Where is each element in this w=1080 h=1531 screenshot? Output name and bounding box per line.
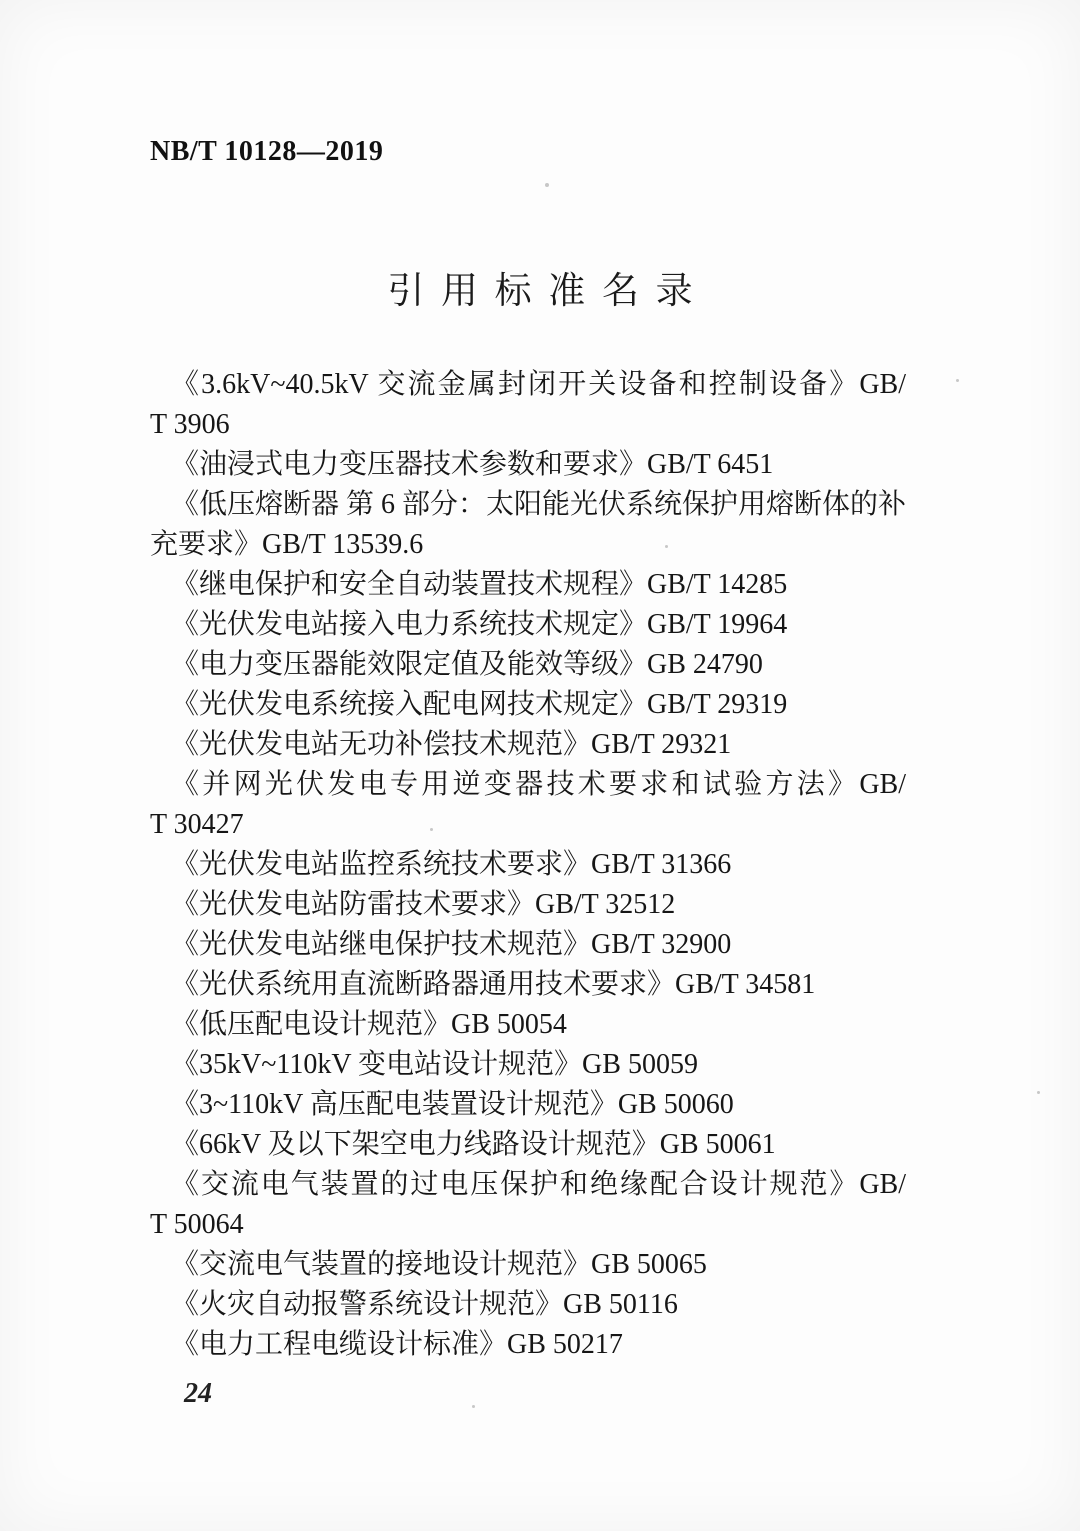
standard-line: 《3~110kV 高压配电装置设计规范》GB 50060 <box>150 1085 906 1125</box>
scan-speck <box>1037 1091 1040 1094</box>
scan-speck <box>472 1405 475 1408</box>
standard-line: 《并网光伏发电专用逆变器技术要求和试验方法》GB/ <box>150 765 906 805</box>
standard-line: 《继电保护和安全自动装置技术规程》GB/T 14285 <box>150 565 906 605</box>
scan-speck <box>430 828 433 831</box>
page-title: 引用标准名录 <box>0 268 1080 316</box>
standard-line: T 30427 <box>150 805 906 845</box>
standard-line: 《35kV~110kV 变电站设计规范》GB 50059 <box>150 1045 906 1085</box>
standard-line: 《光伏发电站防雷技术要求》GB/T 32512 <box>150 885 906 925</box>
standard-line: 充要求》GB/T 13539.6 <box>150 525 906 565</box>
document-page: NB/T 10128—2019 引用标准名录 《3.6kV~40.5kV 交流金… <box>0 0 1080 1531</box>
standard-line: 《66kV 及以下架空电力线路设计规范》GB 50061 <box>150 1125 906 1165</box>
standard-line: 《光伏发电站继电保护技术规范》GB/T 32900 <box>150 925 906 965</box>
standard-line: 《低压配电设计规范》GB 50054 <box>150 1005 906 1045</box>
standard-line: 《光伏发电系统接入配电网技术规定》GB/T 29319 <box>150 685 906 725</box>
standard-line: 《光伏发电站接入电力系统技术规定》GB/T 19964 <box>150 605 906 645</box>
standard-line: 《光伏发电站无功补偿技术规范》GB/T 29321 <box>150 725 906 765</box>
page-number: 24 <box>184 1378 212 1410</box>
standard-line: 《光伏发电站监控系统技术要求》GB/T 31366 <box>150 845 906 885</box>
standards-list: 《3.6kV~40.5kV 交流金属封闭开关设备和控制设备》GB/T 3906《… <box>150 365 906 1365</box>
scan-speck <box>545 183 549 187</box>
standard-line: 《油浸式电力变压器技术参数和要求》GB/T 6451 <box>150 445 906 485</box>
standard-line: T 50064 <box>150 1205 906 1245</box>
standard-line: 《交流电气装置的接地设计规范》GB 50065 <box>150 1245 906 1285</box>
standard-line: 《3.6kV~40.5kV 交流金属封闭开关设备和控制设备》GB/ <box>150 365 906 405</box>
standard-line: 《火灾自动报警系统设计规范》GB 50116 <box>150 1285 906 1325</box>
standard-line: 《电力变压器能效限定值及能效等级》GB 24790 <box>150 645 906 685</box>
standard-line: 《电力工程电缆设计标准》GB 50217 <box>150 1325 906 1365</box>
scan-speck <box>665 545 668 548</box>
scan-speck <box>956 379 959 382</box>
standard-line: 《交流电气装置的过电压保护和绝缘配合设计规范》GB/ <box>150 1165 906 1205</box>
standard-line: 《低压熔断器 第 6 部分：太阳能光伏系统保护用熔断体的补 <box>150 485 906 525</box>
document-code: NB/T 10128—2019 <box>150 136 383 168</box>
standard-line: T 3906 <box>150 405 906 445</box>
standard-line: 《光伏系统用直流断路器通用技术要求》GB/T 34581 <box>150 965 906 1005</box>
